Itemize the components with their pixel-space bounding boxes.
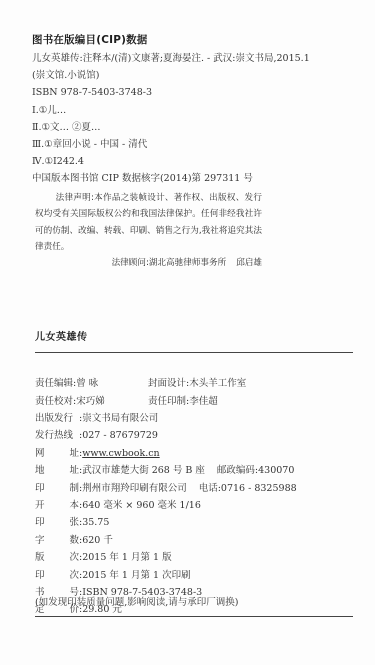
info-row-printer: 印制: 荆州市翔羚印刷有限公司 电话:0716 - 8325988 — [35, 480, 353, 497]
info-label: 版次 — [35, 549, 79, 566]
cip-line-subject-2: Ⅱ.①文… ②夏… — [32, 119, 352, 136]
info-row-sheets: 印张: 35.75 — [35, 514, 353, 531]
postal-code: 邮政编码:430070 — [217, 462, 294, 479]
info-row-printing: 印次: 2015 年 1 月第 1 次印刷 — [35, 567, 353, 584]
print-supervisor: 责任印制:李佳超 — [148, 393, 218, 411]
info-row-address: 地址: 武汉市雄楚大街 268 号 B 座 邮政编码:430070 — [35, 462, 353, 479]
cip-line-bibliographic: 儿女英雄传:注释本/(清)文康著;夏海晏注. - 武汉:崇文书局,2015.1 — [32, 50, 352, 67]
cip-line-subject-1: Ⅰ.①儿… — [32, 102, 352, 119]
info-value: 027 - 87679729 — [82, 427, 158, 444]
info-label: 发行热线 — [35, 427, 79, 444]
info-label: 网址 — [35, 445, 79, 462]
cip-line-subject-3: Ⅲ.①章回小说 - 中国 - 清代 — [32, 136, 352, 153]
info-value: 640 毫米 × 960 毫米 1/16 — [82, 497, 201, 514]
info-label: 出版发行 — [35, 410, 79, 427]
info-value: 武汉市雄楚大街 268 号 B 座 — [82, 462, 205, 479]
info-label: 字数 — [35, 532, 79, 549]
publication-info: 出版发行: 崇文书局有限公司 发行热线: 027 - 87679729 网址: … — [35, 410, 353, 619]
info-value: www.cwbook.cn — [82, 445, 159, 462]
info-value: 崇文书局有限公司 — [82, 410, 158, 427]
info-label: 印制 — [35, 480, 79, 497]
responsible-editor: 责任编辑:曾 咏 — [35, 375, 148, 393]
info-row-word-count: 字数: 620 千 — [35, 532, 353, 549]
legal-statement: 法律声明:本作品之装帧设计、著作权、出版权、发行权均受有关国际版权公约和我国法律… — [35, 190, 262, 255]
info-label: 印次 — [35, 567, 79, 584]
divider-top — [35, 352, 353, 353]
info-label: 开本 — [35, 497, 79, 514]
info-value: 620 千 — [82, 532, 113, 549]
cip-line-classification: Ⅳ.①I242.4 — [32, 153, 352, 170]
legal-advisor-name: 邱启雄 — [236, 258, 262, 268]
website-link[interactable]: www.cwbook.cn — [82, 448, 159, 459]
info-label: 地址 — [35, 462, 79, 479]
info-value: 荆州市翔羚印刷有限公司 — [82, 480, 187, 497]
info-row-edition: 版次: 2015 年 1 月第 1 版 — [35, 549, 353, 566]
staff-credits: 责任编辑:曾 咏 封面设计:木头羊工作室 责任校对:宋巧娣 责任印制:李佳超 — [35, 375, 353, 410]
proofreader: 责任校对:宋巧娣 — [35, 393, 148, 411]
info-row-website: 网址: www.cwbook.cn — [35, 445, 353, 462]
cip-line-isbn: ISBN 978-7-5403-3748-3 — [32, 84, 352, 101]
info-value: 35.75 — [82, 514, 109, 531]
divider-bottom — [35, 616, 353, 617]
copyright-page: 图书在版编目(CIP)数据 儿女英雄传:注释本/(清)文康著;夏海晏注. - 武… — [0, 0, 375, 665]
info-label: 印张 — [35, 514, 79, 531]
info-row-format: 开本: 640 毫米 × 960 毫米 1/16 — [35, 497, 353, 514]
cip-data-block: 儿女英雄传:注释本/(清)文康著;夏海晏注. - 武汉:崇文书局,2015.1 … — [32, 50, 352, 188]
info-row-publisher: 出版发行: 崇文书局有限公司 — [35, 410, 353, 427]
legal-advisor: 法律顾问:湖北高驰律师事务所邱启雄 — [35, 255, 262, 271]
cover-designer: 封面设计:木头羊工作室 — [148, 375, 246, 393]
legal-notice: 法律声明:本作品之装帧设计、著作权、出版权、发行权均受有关国际版权公约和我国法律… — [35, 190, 262, 271]
cip-line-series: (崇文馆.小说馆) — [32, 67, 352, 84]
staff-row: 责任编辑:曾 咏 封面设计:木头羊工作室 — [35, 375, 353, 393]
info-value: 2015 年 1 月第 1 版 — [82, 549, 171, 566]
info-row-hotline: 发行热线: 027 - 87679729 — [35, 427, 353, 444]
quality-notice: (如发现印装质量问题,影响阅读,请与承印厂调换) — [35, 594, 238, 608]
book-title: 儿女英雄传 — [35, 328, 88, 343]
info-value: 2015 年 1 月第 1 次印刷 — [82, 567, 190, 584]
cip-line-record-number: 中国版本图书馆 CIP 数据核字(2014)第 297311 号 — [32, 170, 352, 187]
printer-phone: 电话:0716 - 8325988 — [199, 480, 297, 497]
staff-row: 责任校对:宋巧娣 责任印制:李佳超 — [35, 393, 353, 411]
cip-heading: 图书在版编目(CIP)数据 — [32, 32, 148, 47]
legal-advisor-label: 法律顾问:湖北高驰律师事务所 — [112, 258, 227, 268]
